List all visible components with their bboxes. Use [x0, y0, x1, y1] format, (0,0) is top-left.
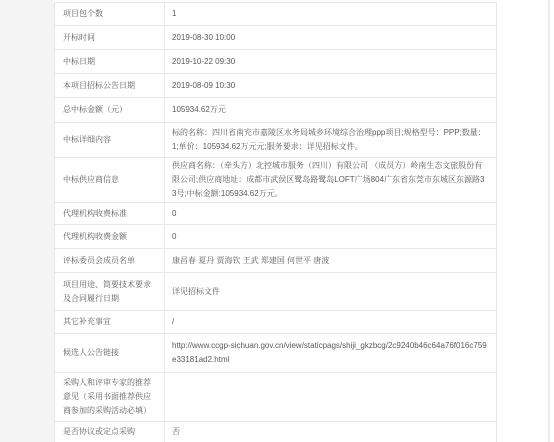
row-label: 代理机构收费标准 — [55, 203, 165, 224]
row-label: 采购人和评审专家的推荐意见（采用书面推荐供应商参加的采购活动必填） — [55, 373, 165, 421]
row-label: 是否协议或定点采购 — [55, 422, 165, 442]
row-label: 代理机构收费金额 — [55, 225, 165, 248]
row-value: 0 — [165, 225, 496, 248]
row-label: 中标详细内容 — [55, 123, 165, 157]
table-row: 开标时间 2019-08-30 10:00 — [55, 26, 496, 50]
bid-result-table: 项目包个数 1 开标时间 2019-08-30 10:00 中标日期 2019-… — [54, 2, 497, 442]
row-value: 康昌春 夏丹 贾海钦 王武 郑建国 何世平 唐波 — [165, 249, 496, 272]
table-row: 候选人公告链接 http://www.ccgp-sichuan.gov.cn/v… — [55, 334, 496, 373]
row-value: 0 — [165, 203, 496, 224]
candidate-announcement-link: http://www.ccgp-sichuan.gov.cn/view/stat… — [165, 334, 496, 372]
row-value — [165, 373, 496, 421]
row-label: 开标时间 — [55, 26, 165, 49]
row-label: 本项目招标公告日期 — [55, 74, 165, 97]
row-label: 候选人公告链接 — [55, 334, 165, 372]
table-row: 采购人和评审专家的推荐意见（采用书面推荐供应商参加的采购活动必填） — [55, 373, 496, 422]
row-label: 项目包个数 — [55, 3, 165, 25]
row-value: 2019-10-22 09:30 — [165, 50, 496, 73]
row-value: 1 — [165, 3, 496, 25]
table-row: 中标详细内容 标的名称：四川省南充市嘉陵区水务局城乡环境综合治理ppp项目;规格… — [55, 123, 496, 158]
row-label: 中标日期 — [55, 50, 165, 73]
row-value: 标的名称：四川省南充市嘉陵区水务局城乡环境综合治理ppp项目;规格型号：PPP;… — [165, 123, 496, 157]
row-label: 项目用途、简要技术要求及合同履行日期 — [55, 273, 165, 310]
table-row: 其它补充事宜 / — [55, 311, 496, 334]
row-value: 2019-08-30 10:00 — [165, 26, 496, 49]
row-value: / — [165, 311, 496, 333]
row-value: 否 — [165, 422, 496, 442]
table-row: 中标日期 2019-10-22 09:30 — [55, 50, 496, 74]
page-right-edge — [548, 0, 550, 442]
table-row: 是否协议或定点采购 否 — [55, 422, 496, 442]
row-label: 评标委员会成员名单 — [55, 249, 165, 272]
row-value: 105934.62万元 — [165, 98, 496, 122]
page-left-margin — [0, 0, 54, 442]
table-row: 本项目招标公告日期 2019-08-09 10:30 — [55, 74, 496, 98]
row-value: 供应商名称：（牵头方）北控城市服务（四川）有限公司 （成员方）岭南生态文旅股份有… — [165, 158, 496, 202]
row-label: 其它补充事宜 — [55, 311, 165, 333]
row-label: 总中标金额（元） — [55, 98, 165, 122]
table-row: 中标供应商信息 供应商名称：（牵头方）北控城市服务（四川）有限公司 （成员方）岭… — [55, 158, 496, 203]
table-row: 总中标金额（元） 105934.62万元 — [55, 98, 496, 123]
table-row: 项目用途、简要技术要求及合同履行日期 详见招标文件 — [55, 273, 496, 311]
row-value: 2019-08-09 10:30 — [165, 74, 496, 97]
row-value: 详见招标文件 — [165, 273, 496, 310]
table-row: 代理机构收费标准 0 — [55, 203, 496, 225]
table-row: 代理机构收费金额 0 — [55, 225, 496, 249]
table-row: 评标委员会成员名单 康昌春 夏丹 贾海钦 王武 郑建国 何世平 唐波 — [55, 249, 496, 273]
table-row: 项目包个数 1 — [55, 3, 496, 26]
row-label: 中标供应商信息 — [55, 158, 165, 202]
